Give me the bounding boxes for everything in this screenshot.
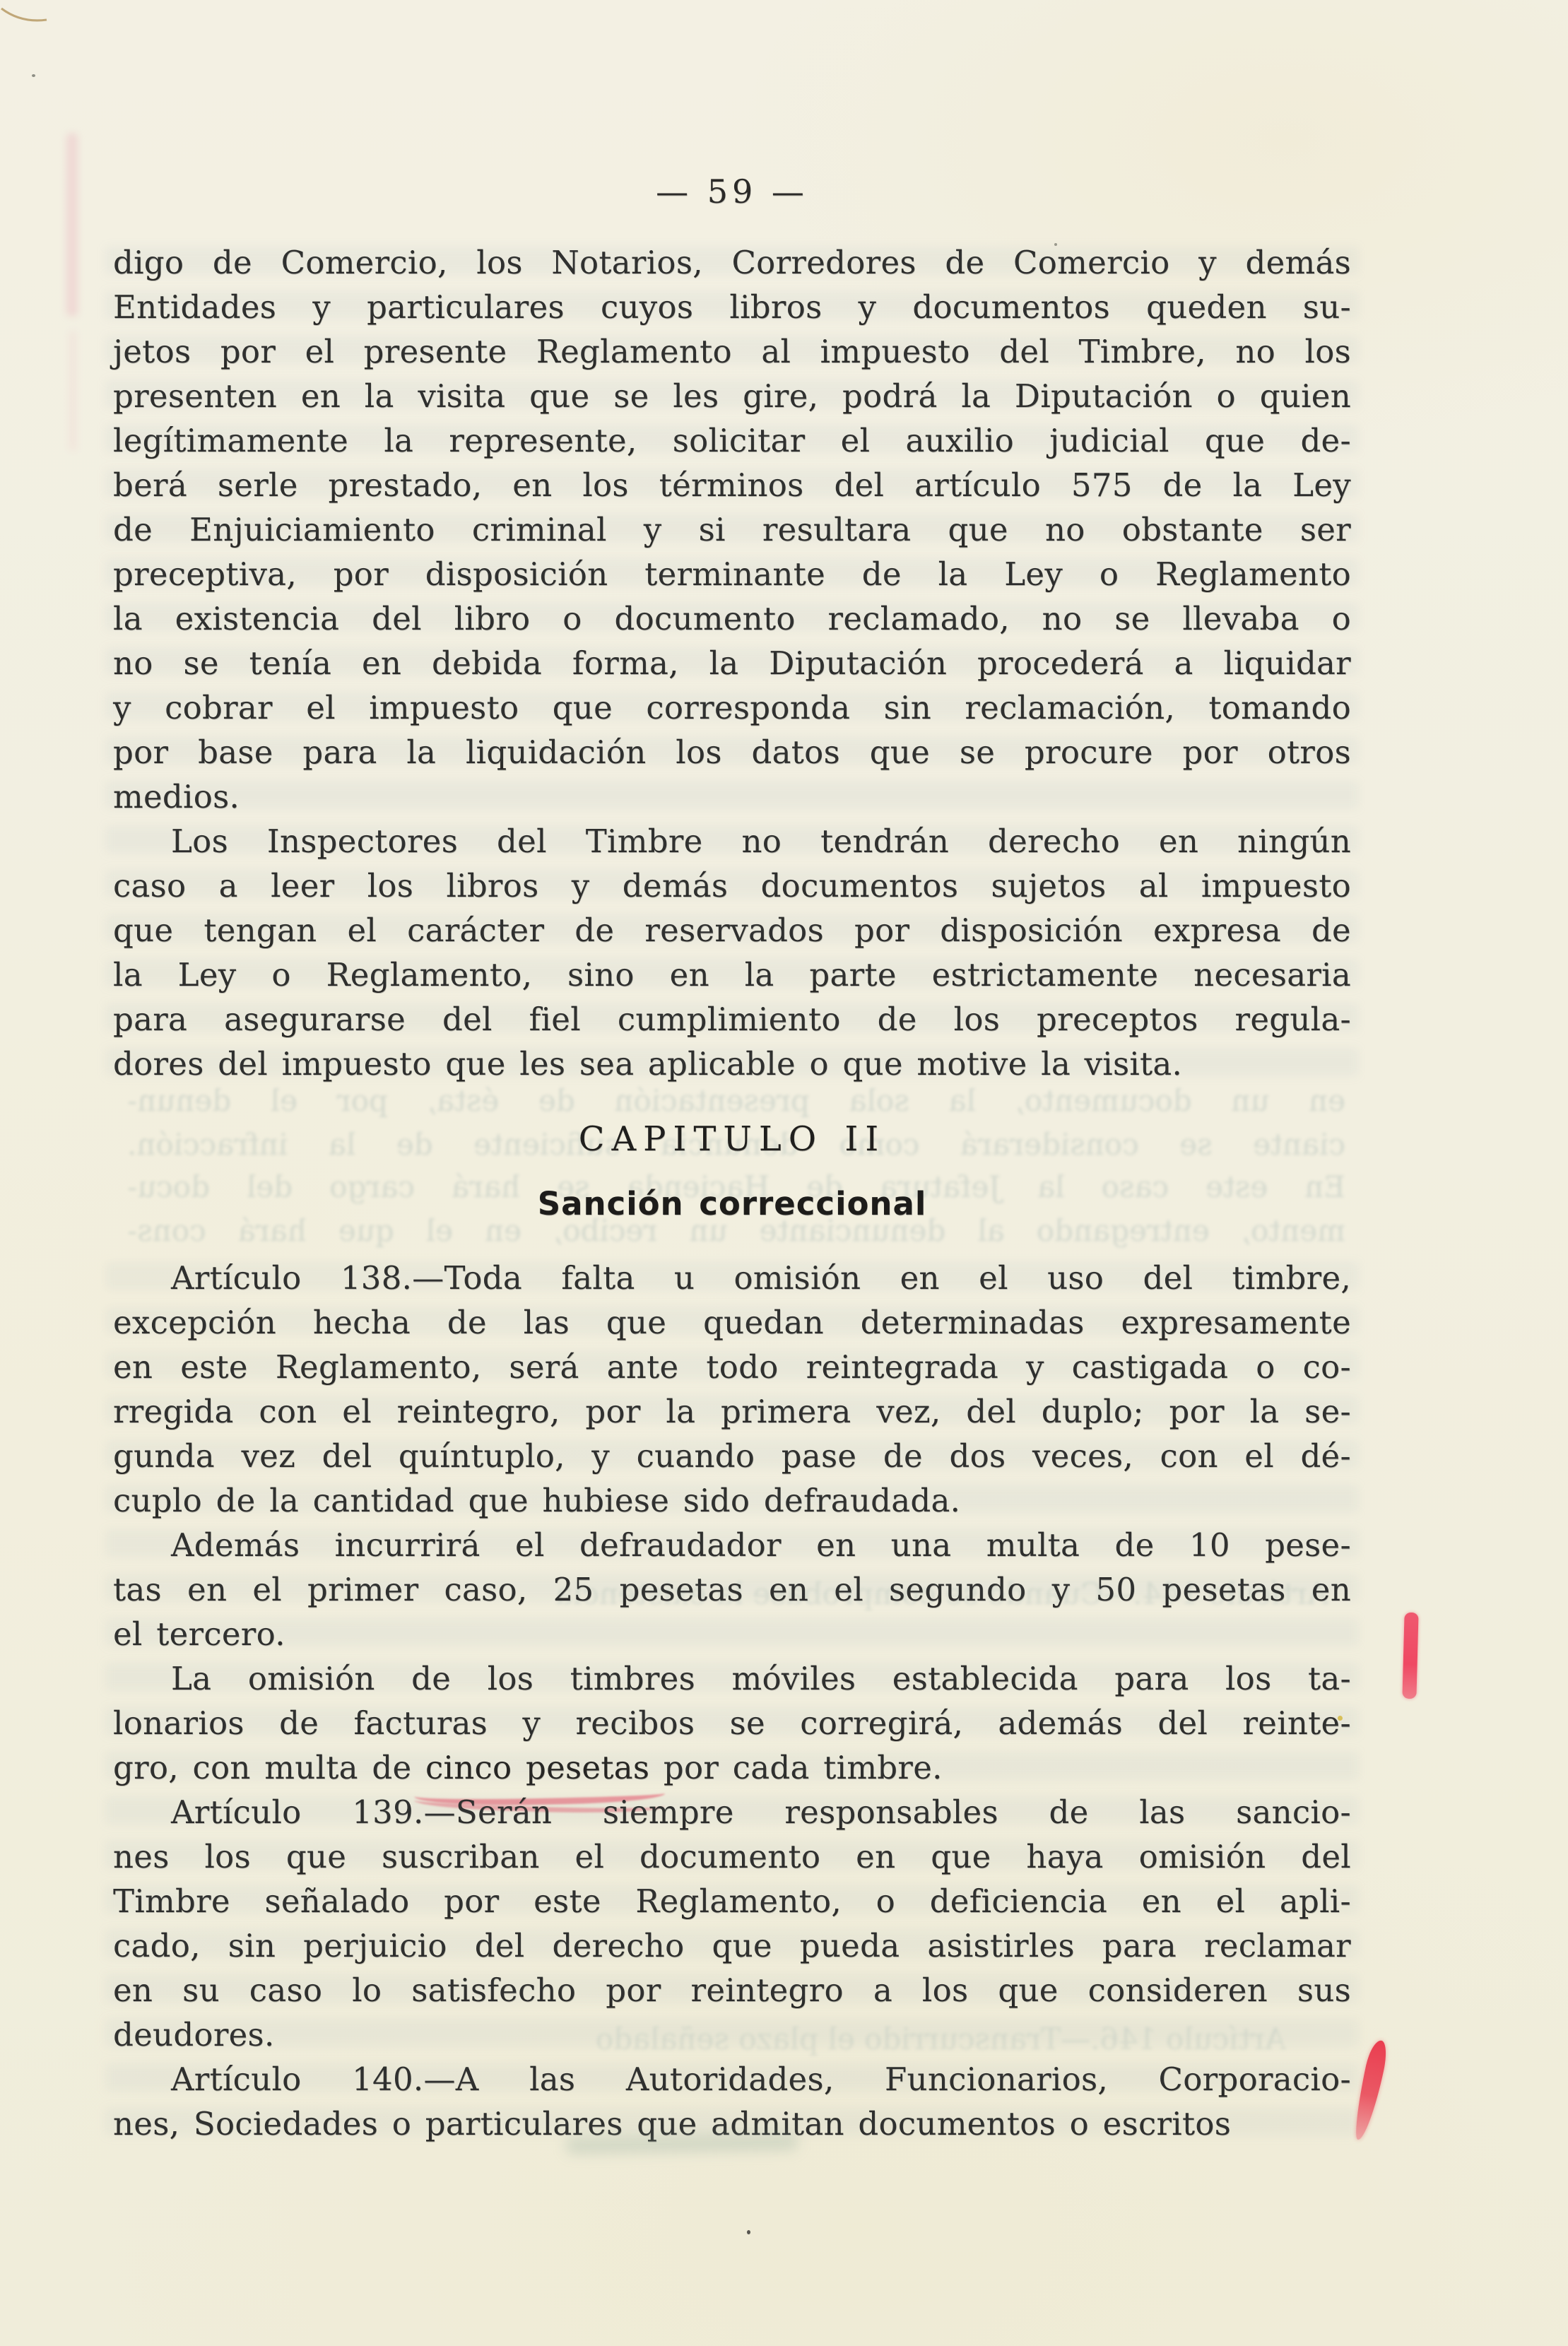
- text-line: Además incurrirá el defraudador en una m…: [113, 1523, 1351, 1567]
- text-line: medios.: [113, 774, 1351, 819]
- section-heading: Sanción correccional: [113, 1181, 1351, 1226]
- text-line: presenten en la visita que se les gire, …: [113, 374, 1351, 418]
- text-line: el tercero.: [113, 1612, 1351, 1656]
- red-margin-mark: [1350, 2039, 1389, 2142]
- red-margin-mark: [1402, 1613, 1418, 1699]
- text-line: lonarios de facturas y recibos se correg…: [113, 1701, 1351, 1745]
- text-line: Entidades y particulares cuyos libros y …: [113, 285, 1351, 329]
- text-block: digo de Comercio, los Notarios, Corredor…: [113, 240, 1351, 2146]
- text-line: preceptiva, por disposición terminante d…: [113, 552, 1351, 596]
- text-line: cuplo de la cantidad que hubiese sido de…: [113, 1478, 1351, 1523]
- text-fragment: por cada timbre.: [649, 1749, 943, 1786]
- text-line: Artículo 140.—A las Autoridades, Funcion…: [113, 2057, 1351, 2102]
- text-line: en su caso lo satisfecho por reintegro a…: [113, 1968, 1351, 2012]
- paper-speck: [32, 74, 35, 77]
- text-line: no se tenía en debida forma, la Diputaci…: [113, 641, 1351, 685]
- text-line: nes, Sociedades o particulares que admit…: [113, 2102, 1351, 2146]
- text-line: jetos por el presente Reglamento al impu…: [113, 329, 1351, 374]
- text-line: digo de Comercio, los Notarios, Corredor…: [113, 240, 1351, 285]
- text-line: dores del impuesto que les sea aplicable…: [113, 1042, 1351, 1086]
- document-page: — 59 — en un documento, la sola presenta…: [0, 0, 1568, 2346]
- text-line: Timbre señalado por este Reglamento, o d…: [113, 1879, 1351, 1923]
- text-line: nes los que suscriban el documento en qu…: [113, 1834, 1351, 1879]
- text-line: legítimamente la represente, solicitar e…: [113, 418, 1351, 463]
- text-line: Artículo 139.—Serán siempre responsables…: [113, 1790, 1351, 1834]
- text-line: rregida con el reintegro, por la primera…: [113, 1389, 1351, 1434]
- text-line: excepción hecha de las que quedan determ…: [113, 1300, 1351, 1345]
- page-number: — 59 —: [113, 172, 1351, 211]
- body-paragraph: Los Inspectores del Timbre no tendrán de…: [113, 819, 1351, 1086]
- body-paragraph: Además incurrirá el defraudador en una m…: [113, 1523, 1351, 1656]
- text-fragment: gro, con multa de: [113, 1749, 425, 1786]
- body-paragraph: Artículo 140.—A las Autoridades, Funcion…: [113, 2057, 1351, 2146]
- text-line: en este Reglamento, será ante todo reint…: [113, 1345, 1351, 1389]
- scratch-mark-path: [1, 8, 47, 20]
- text-line: tas en el primer caso, 25 pesetas en el …: [113, 1567, 1351, 1612]
- text-line: por base para la liquidación los datos q…: [113, 730, 1351, 774]
- text-line: Artículo 138.—Toda falta u omisión en el…: [113, 1256, 1351, 1300]
- body-paragraph: digo de Comercio, los Notarios, Corredor…: [113, 240, 1351, 819]
- text-line: gro, con multa de cinco pesetas por cada…: [113, 1745, 1351, 1790]
- text-line: gunda vez del quíntuplo, y cuando pase d…: [113, 1434, 1351, 1478]
- red-underlined-phrase: cinco pesetas: [425, 1749, 649, 1786]
- body-paragraph: La omisión de los timbres móviles establ…: [113, 1656, 1351, 1790]
- text-line: La omisión de los timbres móviles establ…: [113, 1656, 1351, 1701]
- body-paragraph: Artículo 139.—Serán siempre responsables…: [113, 1790, 1351, 2057]
- text-line: caso a leer los libros y demás documento…: [113, 863, 1351, 908]
- scratch-mark: [0, 0, 170, 78]
- body-paragraph: Artículo 138.—Toda falta u omisión en el…: [113, 1256, 1351, 1523]
- text-line: que tengan el carácter de reservados por…: [113, 908, 1351, 953]
- pink-streak: [66, 133, 78, 317]
- text-line: para asegurarse del fiel cumplimiento de…: [113, 997, 1351, 1042]
- chapter-heading: CAPITULO II: [113, 1117, 1351, 1162]
- text-line: la Ley o Reglamento, sino en la parte es…: [113, 953, 1351, 997]
- text-line: y cobrar el impuesto que corresponda sin…: [113, 685, 1351, 730]
- text-line: Los Inspectores del Timbre no tendrán de…: [113, 819, 1351, 863]
- text-line: cado, sin perjuicio del derecho que pued…: [113, 1923, 1351, 1968]
- text-line: berá serle prestado, en los términos del…: [113, 463, 1351, 507]
- text-line: deudores.: [113, 2012, 1351, 2057]
- text-line: la existencia del libro o documento recl…: [113, 596, 1351, 641]
- paper-speck: [747, 2230, 750, 2234]
- pink-streak: [69, 331, 76, 451]
- text-line: de Enjuiciamiento criminal y si resultar…: [113, 507, 1351, 552]
